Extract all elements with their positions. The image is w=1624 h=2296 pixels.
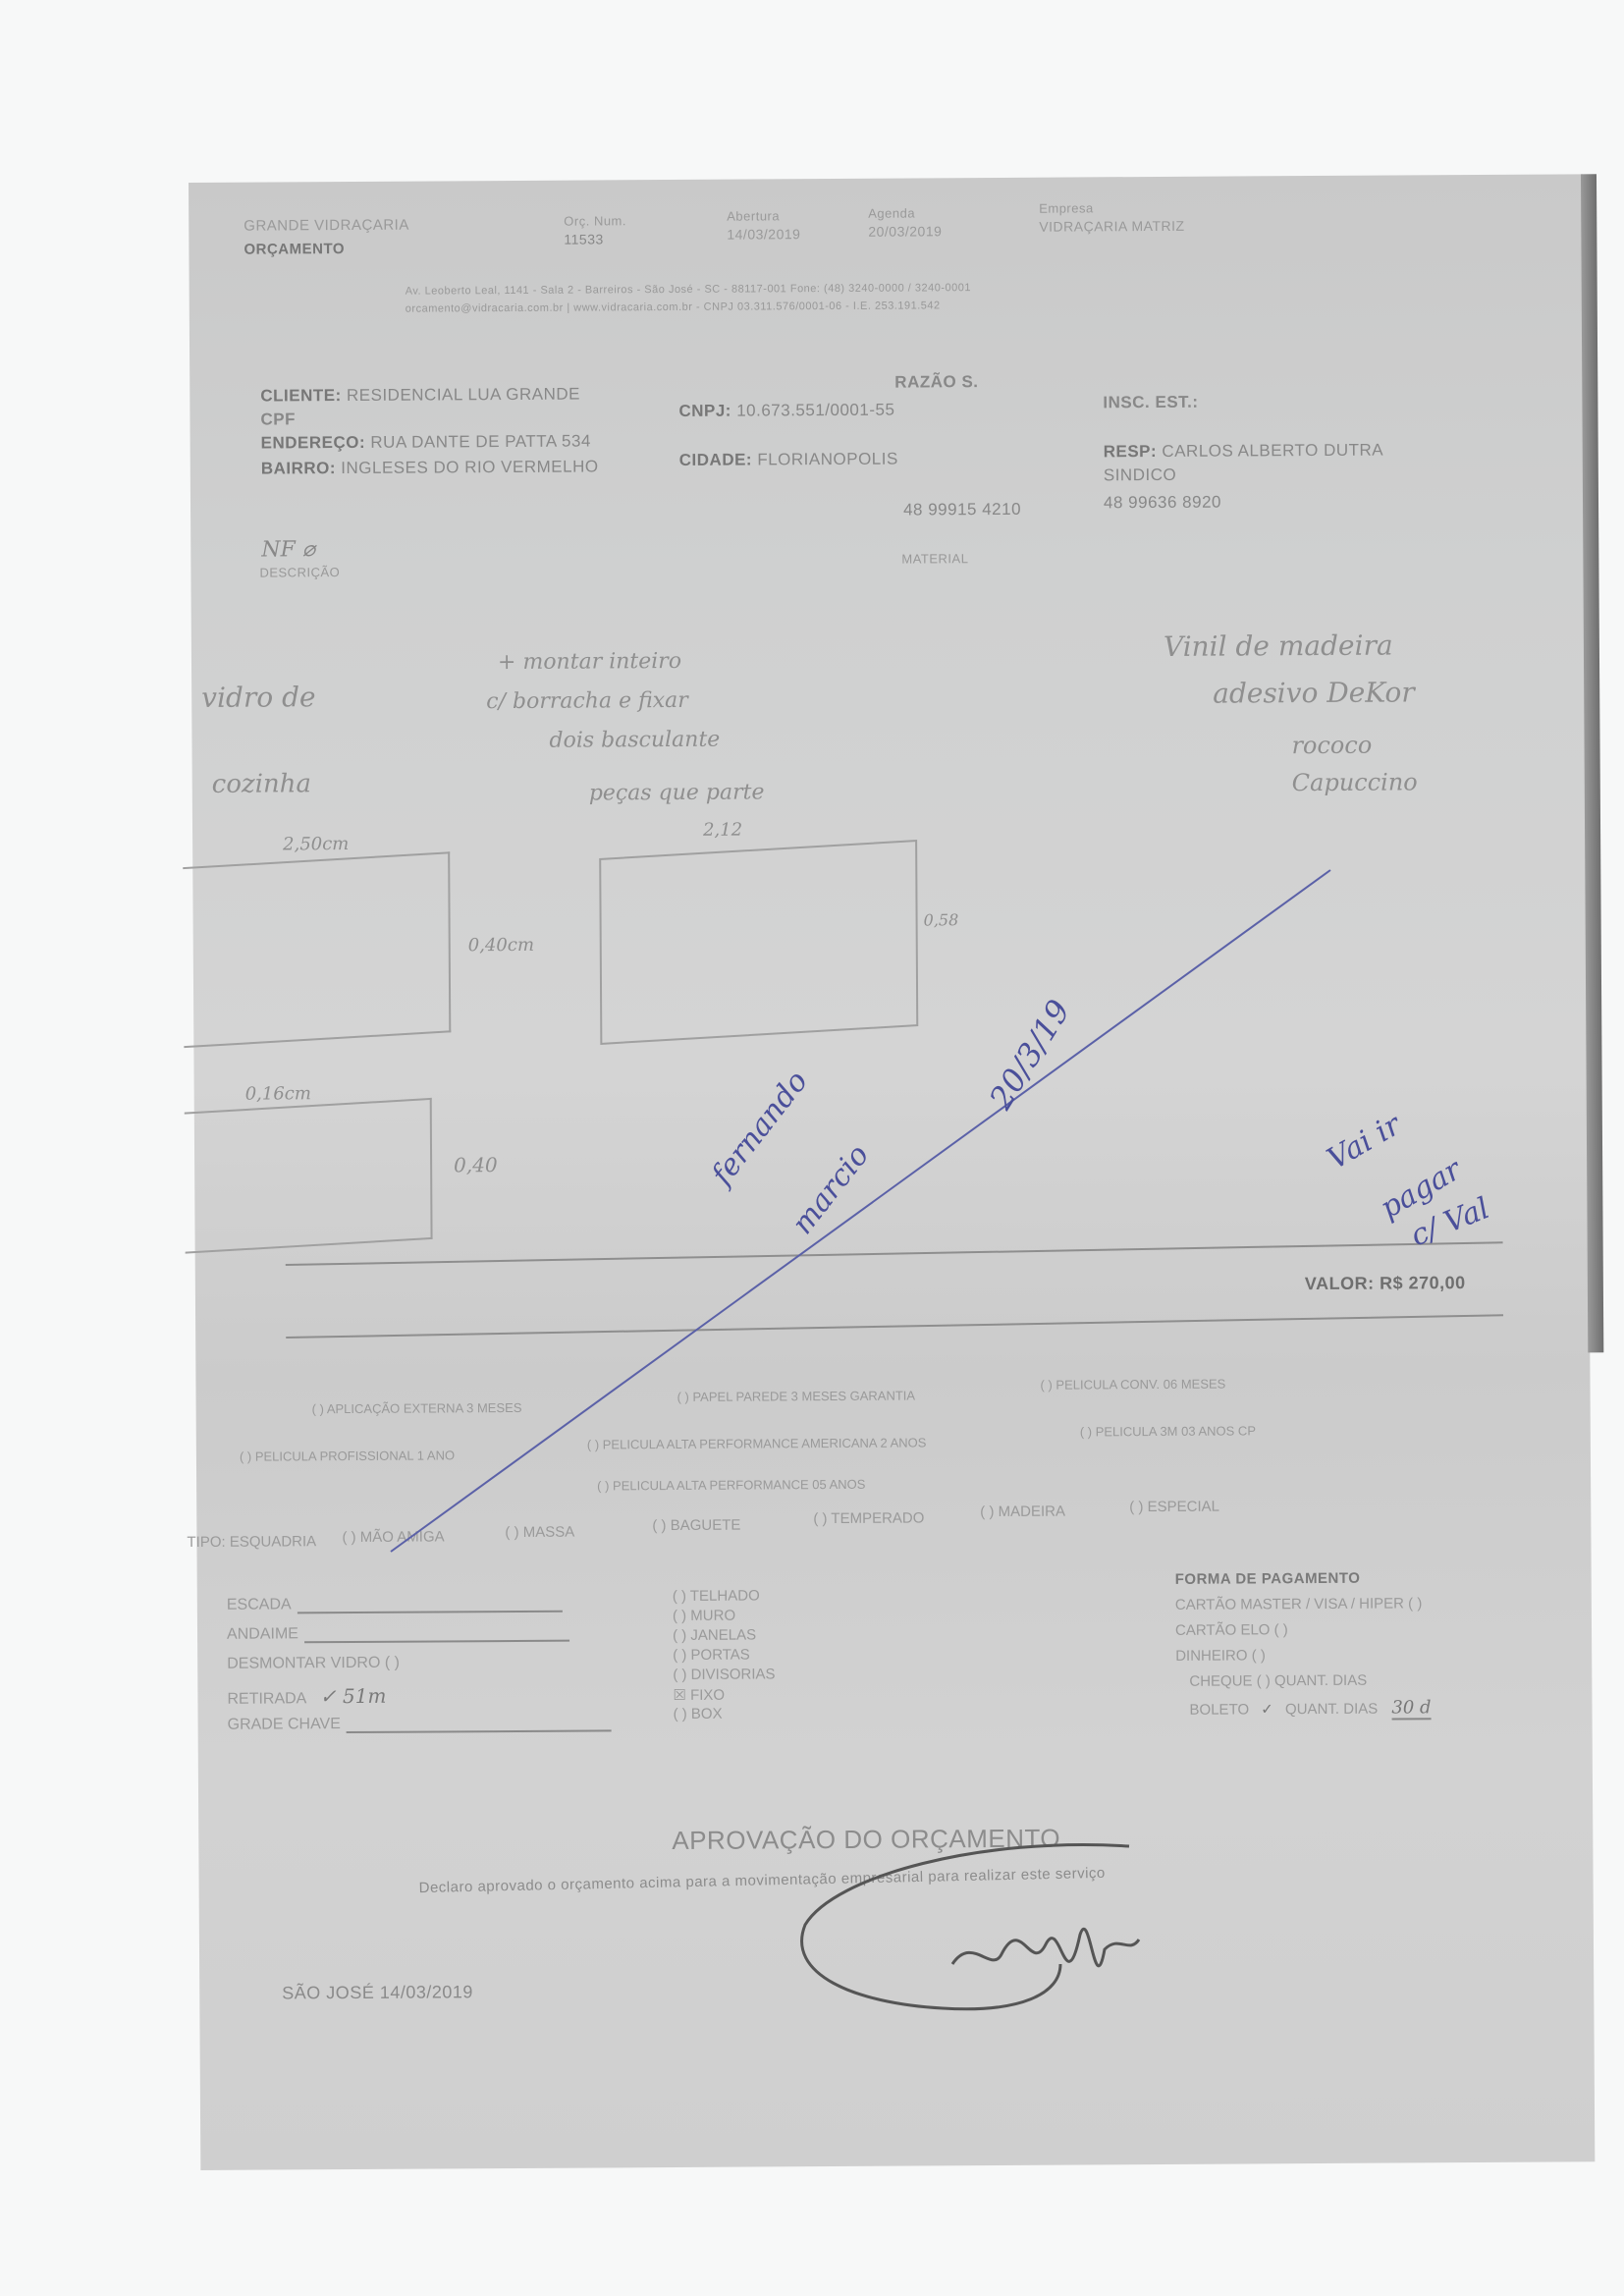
option-pelicula-americana[interactable]: ( ) PELICULA ALTA PERFORMANCE AMERICANA … — [587, 1435, 927, 1451]
sketch-window-1 — [183, 851, 451, 1048]
locais-item[interactable]: ( ) DIVISORIAS — [673, 1666, 775, 1683]
retirada-label: RETIRADA — [227, 1690, 305, 1707]
handwritten-desc-mid-4: peças que parte — [589, 780, 765, 805]
handwritten-material-2: adesivo DeKor — [1213, 676, 1415, 709]
locais-item[interactable]: ( ) BOX — [673, 1706, 722, 1722]
doc-type: ORÇAMENTO — [244, 241, 345, 258]
cidade-value: FLORIANOPOLIS — [757, 450, 898, 469]
checkbox-icon[interactable]: ( ) — [673, 1627, 690, 1644]
scanned-quote-page: GRANDE VIDRAÇARIA ORÇAMENTO Orç. Num. 11… — [189, 174, 1595, 2170]
sketch-window-3 — [185, 1098, 433, 1254]
payment-boleto[interactable]: BOLETO — [1189, 1701, 1249, 1718]
material-label: MATERIAL — [901, 551, 968, 566]
cidade-label: CIDADE: — [679, 450, 752, 468]
payment-cheque[interactable]: CHEQUE ( ) QUANT. DIAS — [1189, 1672, 1367, 1690]
sketch-2-height: 0,58 — [924, 910, 959, 929]
checkbox-icon[interactable]: ( ) — [673, 1608, 690, 1624]
resp-label: RESP: — [1104, 442, 1158, 461]
descricao-label: DESCRIÇÃO — [259, 565, 340, 579]
abertura-value: 14/03/2019 — [727, 226, 800, 242]
locais-item[interactable]: ( ) MURO — [673, 1608, 735, 1624]
approval-place-date: SÃO JOSÉ 14/03/2019 — [282, 1982, 473, 2003]
grade-chave-field[interactable] — [347, 1716, 612, 1733]
cnpj-value: 10.673.551/0001-55 — [736, 401, 894, 420]
grade-chave-label: GRADE CHAVE — [228, 1716, 341, 1733]
andaime-field[interactable] — [304, 1626, 569, 1644]
locais-item[interactable]: ( ) PORTAS — [673, 1647, 750, 1664]
locais-label: DIVISORIAS — [691, 1666, 776, 1683]
option-aplicacao-externa[interactable]: ( ) APLICAÇÃO EXTERNA 3 MESES — [312, 1400, 522, 1416]
cliente-label: CLIENTE: — [260, 386, 342, 406]
checkbox-icon[interactable]: ( ) — [673, 1706, 690, 1722]
phone-1: 48 99915 4210 — [903, 500, 1021, 520]
endereco-value: RUA DANTE DE PATTA 534 — [370, 432, 591, 452]
boleto-check-mark: ✓ — [1261, 1701, 1273, 1718]
insc-est-label: INSC. EST.: — [1103, 393, 1198, 413]
locais-label: MURO — [690, 1608, 735, 1624]
sketch-1-height: 0,40cm — [468, 935, 534, 956]
option-pelicula-3m[interactable]: ( ) PELICULA 3M 03 ANOS CP — [1080, 1423, 1256, 1439]
escada-field[interactable] — [298, 1597, 563, 1614]
locais-item[interactable]: ( ) TELHADO — [673, 1587, 760, 1605]
sketch-window-2 — [599, 840, 918, 1045]
payment-elo[interactable]: CARTÃO ELO ( ) — [1175, 1621, 1288, 1639]
locais-label: FIXO — [690, 1687, 725, 1704]
resp-role: SINDICO — [1104, 465, 1176, 485]
handwritten-desc-left-2: cozinha — [212, 769, 311, 799]
handwritten-material-1: Vinil de madeira — [1164, 629, 1393, 663]
valor-bottom-rule — [286, 1314, 1503, 1339]
company-name: GRANDE VIDRAÇARIA — [244, 217, 409, 235]
handwritten-desc-left-1: vidro de — [201, 681, 316, 714]
checked-box-icon[interactable]: ☒ — [673, 1687, 690, 1704]
bairro-value: INGLESES DO RIO VERMELHO — [341, 457, 598, 477]
agenda-value: 20/03/2019 — [868, 223, 942, 239]
company-contact: orcamento@vidracaria.com.br | www.vidrac… — [406, 300, 941, 314]
tipo-mao-amiga[interactable]: ( ) MÃO AMIGA — [342, 1528, 444, 1546]
locais-label: TELHADO — [690, 1587, 760, 1604]
valor-amount: R$ 270,00 — [1380, 1273, 1466, 1293]
orc-num-label: Orç. Num. — [564, 213, 626, 228]
checkbox-icon[interactable]: ( ) — [673, 1647, 690, 1664]
nf-note: NF ⌀ — [261, 537, 315, 562]
option-pelicula-profissional[interactable]: ( ) PELICULA PROFISSIONAL 1 ANO — [240, 1448, 455, 1463]
bairro-label: BAIRRO: — [261, 459, 336, 477]
phone-2: 48 99636 8920 — [1104, 493, 1221, 514]
approval-title: APROVAÇÃO DO ORÇAMENTO — [672, 1824, 1060, 1856]
locais-label: JANELAS — [690, 1626, 756, 1643]
tipo-temperado[interactable]: ( ) TEMPERADO — [813, 1509, 924, 1527]
checkbox-icon[interactable]: ( ) — [673, 1667, 690, 1683]
sketch-2-width: 2,12 — [703, 820, 742, 841]
endereco-label: ENDEREÇO: — [261, 433, 366, 453]
valor-top-rule — [286, 1241, 1503, 1266]
tipo-baguete[interactable]: ( ) BAGUETE — [652, 1517, 740, 1535]
handwritten-desc-mid-2: c/ borracha e fixar — [486, 688, 688, 714]
payment-dinheiro[interactable]: DINHEIRO ( ) — [1175, 1647, 1266, 1665]
handwritten-desc-mid-3: dois basculante — [549, 728, 720, 753]
payment-boleto-days-label: QUANT. DIAS — [1285, 1701, 1378, 1719]
sketch-3-width: 0,16cm — [245, 1083, 311, 1104]
tipo-esquadria[interactable]: TIPO: ESQUADRIA — [187, 1533, 316, 1551]
handwritten-desc-mid-1: + montar inteiro — [498, 649, 681, 675]
option-pelicula-conv[interactable]: ( ) PELICULA CONV. 06 MESES — [1040, 1377, 1225, 1393]
cliente-value: RESIDENCIAL LUA GRANDE — [347, 385, 580, 405]
desmontar-vidro[interactable]: DESMONTAR VIDRO ( ) — [227, 1655, 400, 1673]
orc-num-value: 11533 — [564, 231, 604, 246]
locais-item[interactable]: ☒ FIXO — [673, 1686, 725, 1704]
tipo-especial[interactable]: ( ) ESPECIAL — [1129, 1499, 1219, 1516]
empresa-value: VIDRAÇARIA MATRIZ — [1039, 218, 1184, 235]
cpf-label: CPF — [260, 410, 296, 429]
handwritten-material-3: rococo — [1291, 732, 1372, 759]
sketch-3-height: 0,40 — [454, 1153, 498, 1176]
payment-master-visa[interactable]: CARTÃO MASTER / VISA / HIPER ( ) — [1175, 1595, 1423, 1613]
payment-title: FORMA DE PAGAMENTO — [1175, 1570, 1361, 1588]
company-address: Av. Leoberto Leal, 1141 - Sala 2 - Barre… — [406, 282, 971, 298]
abertura-label: Abertura — [727, 208, 780, 223]
handwritten-material-4: Capuccino — [1292, 768, 1418, 796]
agenda-label: Agenda — [868, 205, 915, 220]
option-pelicula-alta-05[interactable]: ( ) PELICULA ALTA PERFORMANCE 05 ANOS — [597, 1477, 865, 1494]
checkbox-icon[interactable]: ( ) — [673, 1588, 690, 1605]
valor-label: VALOR: — [1305, 1274, 1375, 1293]
empresa-label: Empresa — [1039, 200, 1094, 215]
option-papel-parede[interactable]: ( ) PAPEL PAREDE 3 MESES GARANTIA — [677, 1389, 916, 1404]
tipo-massa[interactable]: ( ) MASSA — [505, 1524, 574, 1541]
resp-value: CARLOS ALBERTO DUTRA — [1162, 441, 1383, 461]
cnpj-label: CNPJ: — [678, 402, 731, 420]
payment-boleto-days[interactable]: 30 d — [1391, 1697, 1431, 1720]
escada-label: ESCADA — [227, 1596, 292, 1613]
sketch-1-width: 2,50cm — [283, 834, 349, 854]
approval-declaration: Declaro aprovado o orçamento acima para … — [418, 1865, 1106, 1896]
razao-label: RAZÃO S. — [894, 372, 978, 393]
locais-label: PORTAS — [690, 1647, 749, 1664]
locais-label: BOX — [691, 1706, 723, 1722]
locais-item[interactable]: ( ) JANELAS — [673, 1626, 756, 1644]
tipo-madeira[interactable]: ( ) MADEIRA — [980, 1503, 1065, 1521]
retirada-value: ✓ 51m — [320, 1684, 387, 1708]
andaime-label: ANDAIME — [227, 1625, 298, 1642]
